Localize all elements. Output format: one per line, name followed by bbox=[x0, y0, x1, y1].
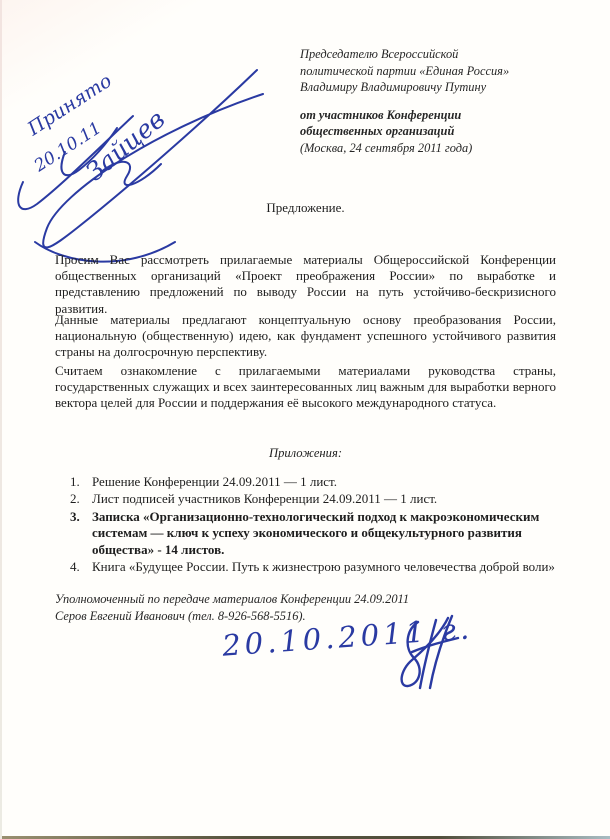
body-paragraph-3: Считаем ознакомление с прилагаемыми мате… bbox=[55, 363, 556, 412]
sender-line-1: от участников Конференции bbox=[300, 107, 565, 124]
signoff-line-1: Уполномоченный по передаче материалов Ко… bbox=[55, 591, 409, 608]
attachment-text: Книга «Будущее России. Путь к жизнестрою… bbox=[92, 559, 560, 575]
attachment-item: 2. Лист подписей участников Конференции … bbox=[70, 491, 560, 507]
page-title: Предложение. bbox=[55, 200, 556, 216]
attachment-text: Решение Конференции 24.09.2011 — 1 лист. bbox=[92, 474, 560, 490]
attachment-number: 4. bbox=[70, 559, 92, 575]
paraph-signature-ink bbox=[396, 608, 466, 693]
attachment-number: 1. bbox=[70, 474, 92, 490]
attachment-item: 1. Решение Конференции 24.09.2011 — 1 ли… bbox=[70, 474, 560, 490]
sender-line-3: (Москва, 24 сентября 2011 года) bbox=[300, 140, 565, 157]
recipient-line-2: политической партии «Единая Россия» bbox=[300, 63, 565, 80]
attachment-text: Записка «Организационно-технологический … bbox=[92, 509, 560, 558]
recipient-block: Председателю Всероссийской политической … bbox=[300, 46, 565, 156]
approval-name-text: Зайцев bbox=[80, 104, 170, 186]
body-paragraph-2: Данные материалы предлагают концептуальн… bbox=[55, 312, 556, 361]
attachment-number: 2. bbox=[70, 491, 92, 507]
attachment-text: Лист подписей участников Конференции 24.… bbox=[92, 491, 560, 507]
scanned-letter-page: Принято 20.10.11 Зайцев Председателю Все… bbox=[0, 0, 610, 839]
approval-signature-ink: Принято 20.10.11 Зайцев bbox=[5, 32, 285, 267]
attachment-number: 3. bbox=[70, 509, 92, 558]
scan-edge-left bbox=[0, 0, 2, 839]
recipient-line-3: Владимиру Владимировичу Путину bbox=[300, 79, 565, 96]
sender-line-2: общественных организаций bbox=[300, 123, 565, 140]
recipient-line-1: Председателю Всероссийской bbox=[300, 46, 565, 63]
attachments-heading: Приложения: bbox=[55, 446, 556, 461]
attachment-item: 3. Записка «Организационно-технологическ… bbox=[70, 509, 560, 558]
attachment-item: 4. Книга «Будущее России. Путь к жизнест… bbox=[70, 559, 560, 575]
body-paragraph-1: Просим Вас рассмотреть прилагаемые матер… bbox=[55, 252, 556, 317]
attachments-list: 1. Решение Конференции 24.09.2011 — 1 ли… bbox=[70, 474, 560, 576]
